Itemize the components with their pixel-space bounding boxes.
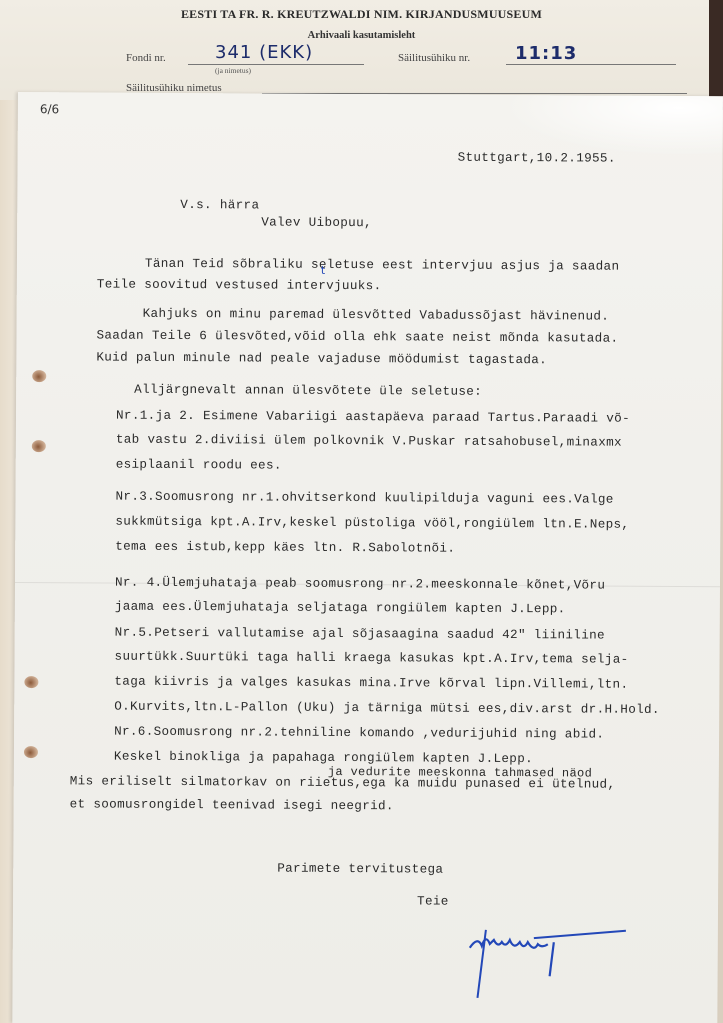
letter-line: esiplaanil roodu ees. bbox=[116, 458, 282, 473]
fond-value: 341 (EKK) bbox=[215, 42, 313, 63]
unit-no-label: Säilitusühiku nr. bbox=[398, 52, 470, 64]
signoff: Teie bbox=[417, 894, 449, 908]
light-glare bbox=[503, 95, 723, 156]
letter-line: Nr.6.Soomusrong nr.2.tehniline komando ,… bbox=[114, 725, 604, 742]
place-date: Stuttgart,10.2.1955. bbox=[458, 151, 616, 166]
fond-line bbox=[188, 64, 364, 65]
page-mark: 6/6 bbox=[40, 102, 59, 116]
letter-line: Alljärgnevalt annan ülesvõtete üle selet… bbox=[134, 383, 482, 399]
letter-line: Keskel binokliga ja papahaga rongiülem k… bbox=[114, 750, 533, 767]
institution-name: EESTI TA FR. R. KREUTZWALDI NIM. KIRJAND… bbox=[0, 7, 723, 22]
letter-line: Nr.5.Petseri vallutamise ajal sõjasaagin… bbox=[115, 626, 605, 643]
letter-line: taga kiivris ja valges kasukas mina.Irve… bbox=[114, 675, 628, 692]
punch-hole bbox=[24, 676, 38, 688]
punch-hole bbox=[32, 370, 46, 382]
letter-line: et soomusrongidel teenivad isegi neegrid… bbox=[70, 797, 394, 813]
letter-line: suurtükk.Suurtüki taga halli kraega kasu… bbox=[115, 650, 629, 667]
punch-hole bbox=[24, 746, 38, 758]
punch-hole bbox=[32, 440, 46, 452]
closing: Parimete tervitustega bbox=[277, 862, 443, 877]
salutation-line-1: V.s. härra bbox=[180, 198, 259, 212]
letter-line: Nr.3.Soomusrong nr.1.ohvitserkond kuulip… bbox=[115, 490, 613, 507]
letter-line: O.Kurvits,ltn.L-Pallon (Uku) ja tärniga … bbox=[114, 700, 660, 717]
letter-line: Teile soovitud vestused intervjuuks. bbox=[97, 277, 382, 293]
letter-line: sukkmütsiga kpt.A.Irv,keskel püstoliga v… bbox=[115, 515, 629, 532]
letter-line: Mis eriliselt silmatorkav on riietus,ega… bbox=[70, 774, 616, 791]
fond-note: (ja nimetus) bbox=[215, 66, 251, 75]
signature-icon bbox=[467, 928, 637, 1009]
letter-line: Nr. 4.Ülemjuhataja peab soomusrong nr.2.… bbox=[115, 576, 605, 593]
unit-no-value: 11:13 bbox=[515, 43, 577, 64]
salutation-line-2: Valev Uibopuu, bbox=[261, 215, 372, 230]
letter-line: tema ees istub,kepp käes ltn. R.Sabolotn… bbox=[115, 540, 455, 556]
letter-line: Kuid palun minule nad peale vajaduse möö… bbox=[96, 350, 547, 367]
fond-label: Fondi nr. bbox=[126, 52, 166, 64]
letter-line: Saadan Teile 6 ülesvõted,võid olla ehk s… bbox=[96, 328, 618, 345]
unit-no-line bbox=[506, 64, 676, 65]
handwritten-correction: t bbox=[321, 264, 325, 277]
letter-line: jaama ees.Ülemjuhataja seljatagа rongiül… bbox=[115, 600, 566, 617]
letter-sheet: 6/6 Stuttgart,10.2.1955. V.s. härra Vale… bbox=[12, 92, 723, 1023]
form-title: Arhivaali kasutamisleht bbox=[0, 30, 723, 41]
letter-line: Kahjuks on minu paremad ülesvõtted Vabad… bbox=[143, 307, 610, 324]
letter-line: tab vastu 2.diviisi ülem polkovnik V.Pus… bbox=[116, 433, 622, 450]
letter-line: Nr.1.ja 2. Esimene Vabariigi aastapäeva … bbox=[116, 409, 630, 426]
letter-line: Tänan Teid sõbraliku seletuse eest inter… bbox=[145, 257, 620, 274]
